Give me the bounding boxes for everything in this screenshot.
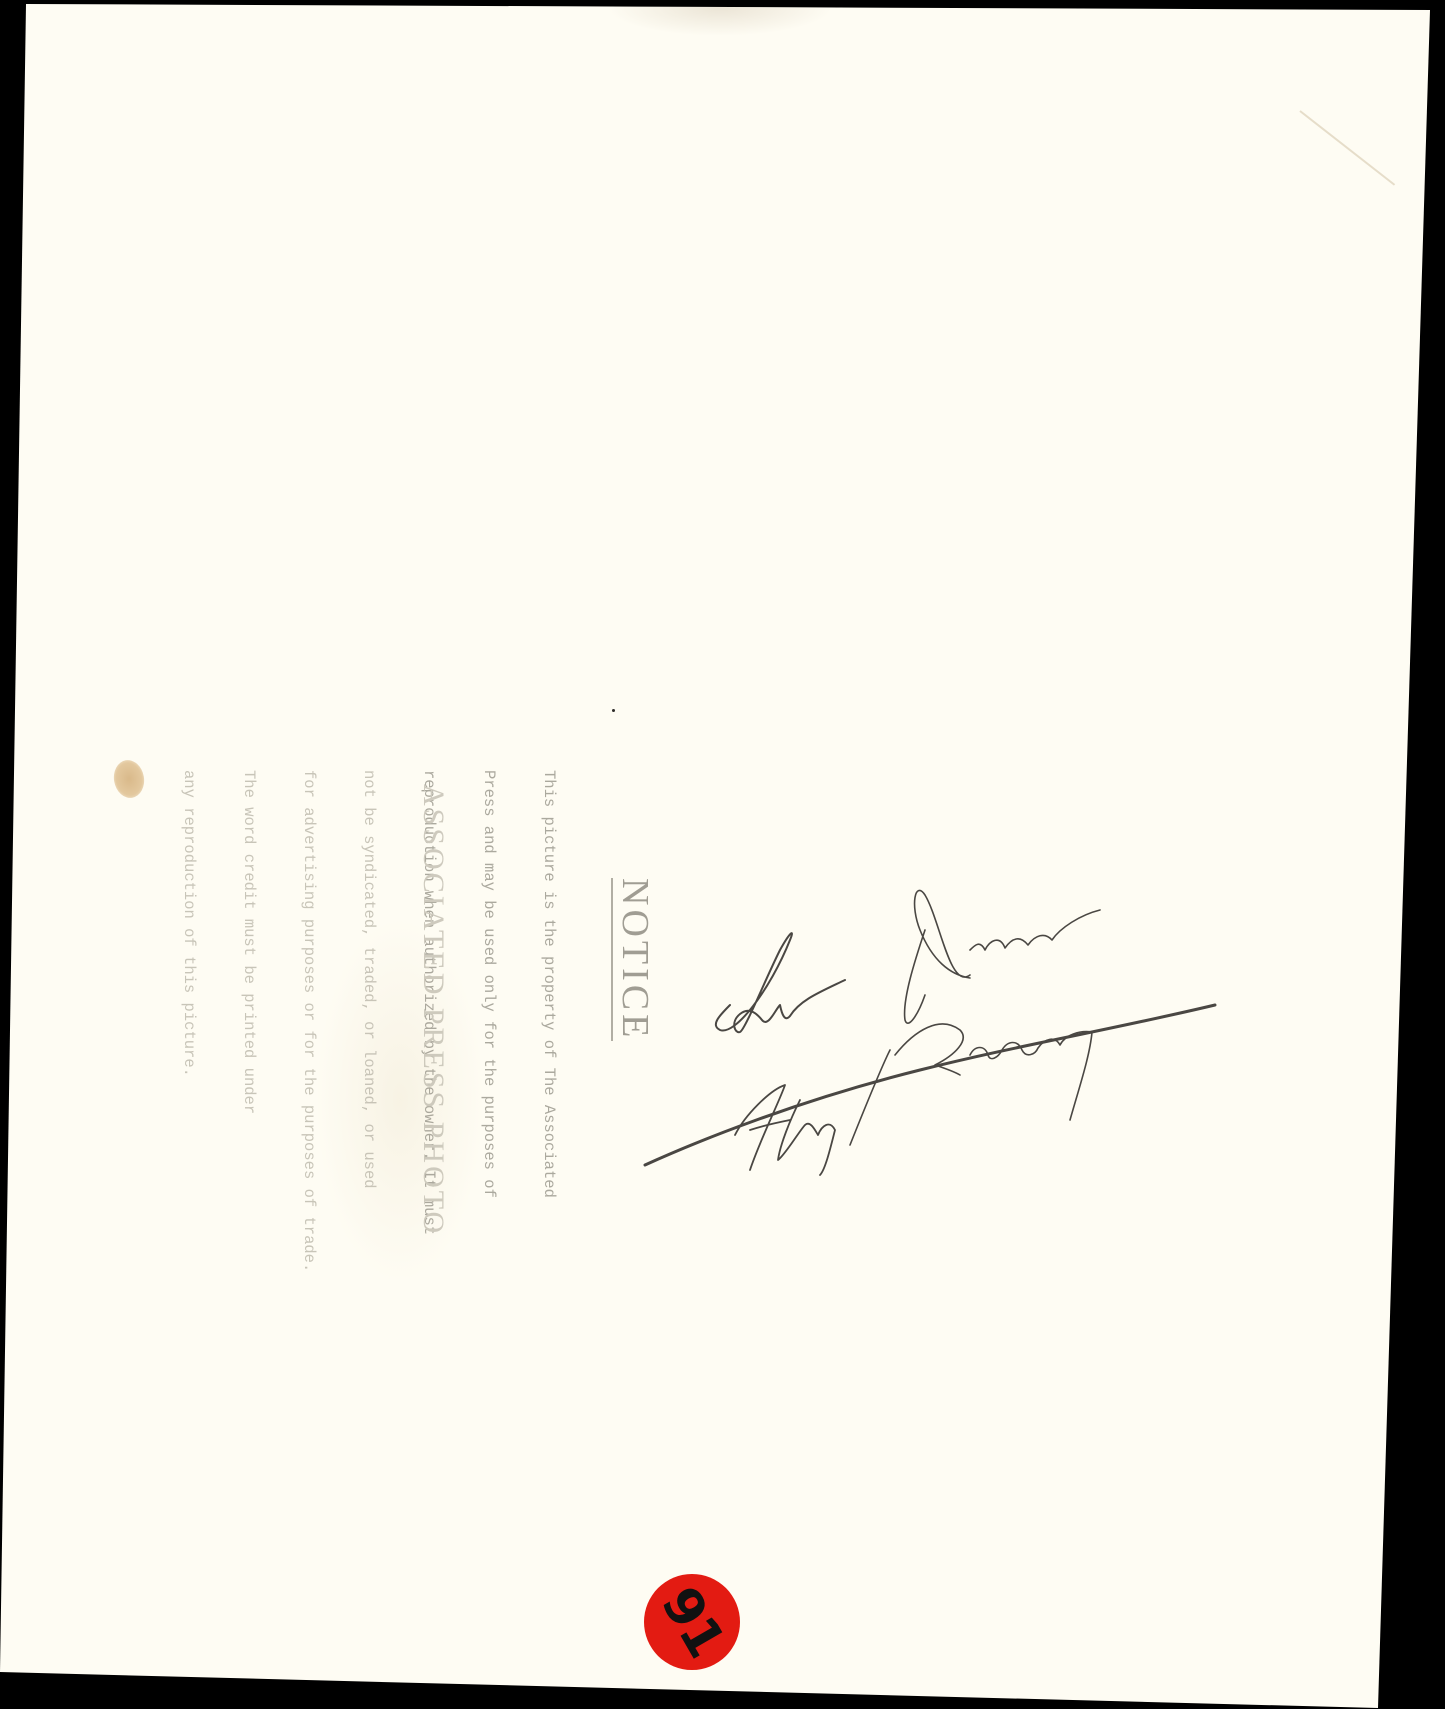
ap-notice-stamp: NOTICE This picture is the property of T… (405, 770, 655, 1330)
inventory-number-sticker: 91 (644, 1574, 740, 1670)
notice-line: not be syndicated, traded, or loaned, or… (359, 770, 379, 1272)
ink-speck (612, 709, 615, 712)
notice-line: any reproduction of this picture. (179, 770, 199, 1272)
paper-crease (1299, 110, 1395, 185)
notice-line: Press and may be used only for the purpo… (479, 770, 499, 1272)
handwritten-inscription: Best Jimmie Flag Ramsey (640, 800, 1220, 1180)
signature-strokes (640, 800, 1220, 1180)
notice-line: This picture is the property of The Asso… (539, 770, 559, 1272)
notice-line: The word credit must be printed under (239, 770, 259, 1272)
sticker-number: 91 (649, 1577, 735, 1666)
photo-back-paper: NOTICE This picture is the property of T… (0, 0, 1445, 1709)
agency-name: ASSOCIATED PRESS PHOTO (423, 784, 443, 1236)
notice-body: This picture is the property of The Asso… (139, 770, 599, 1272)
notice-line: for advertising purposes or for the purp… (299, 770, 319, 1272)
